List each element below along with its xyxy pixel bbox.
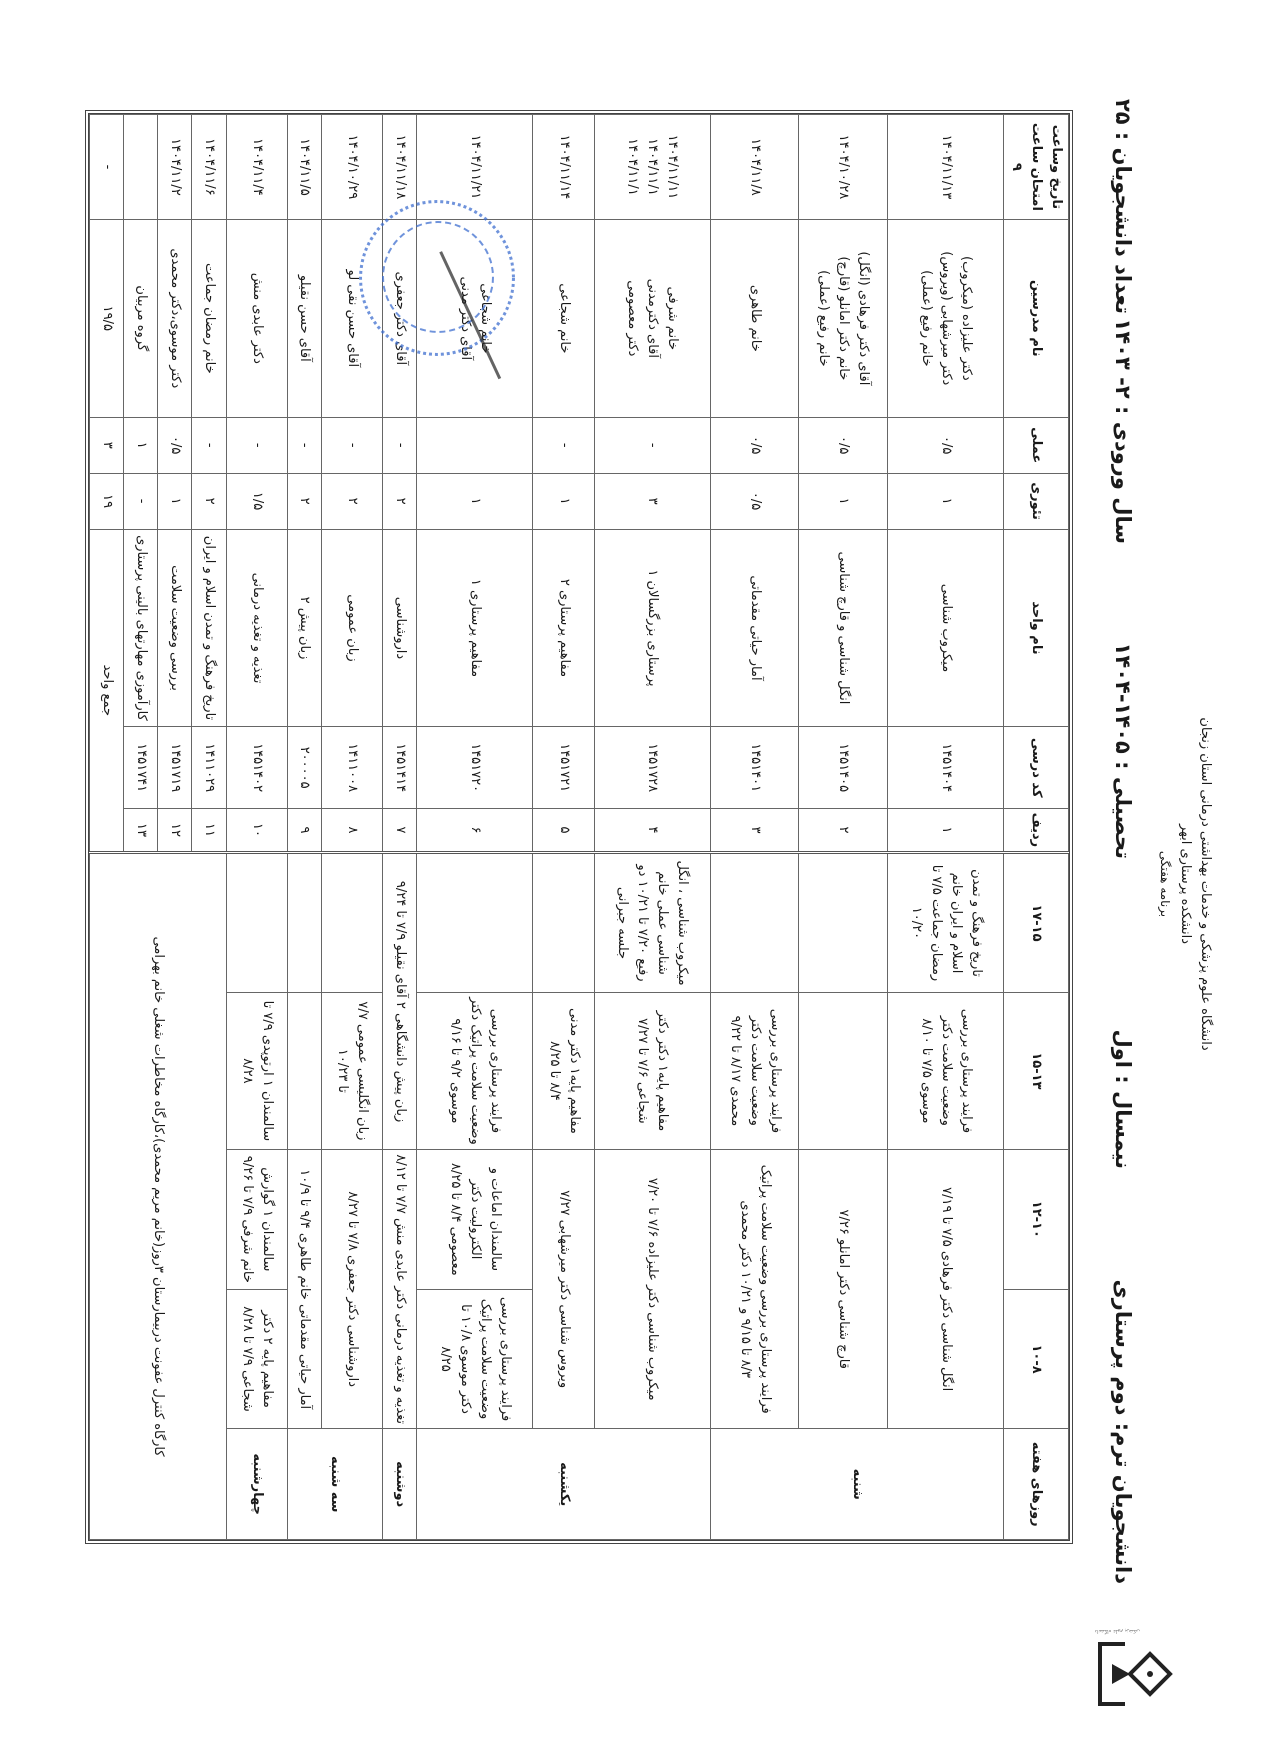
row-number: ۱۳ <box>124 808 158 852</box>
teacher-name: دکتر موسوی،دکتر محمدی <box>165 224 185 413</box>
exam-date: ۱۴۰۴/۱۱/۶ <box>192 115 226 220</box>
course-code: ۱۴۱۱۰۲۹ <box>192 727 226 808</box>
class-slot: فرایند پرستاری بررسی وضعیت سلامت پراتیک … <box>710 1150 799 1429</box>
exam-date: ۱۴۰۴/۱۰/۲۸ <box>799 115 888 220</box>
course-code: ۱۴۵۱۴۰۲ <box>226 727 287 808</box>
student-count: تعداد دانشجویان : ۲۵ <box>1111 99 1135 314</box>
total-exam: - <box>90 115 124 220</box>
class-slot: انگل شناسی دکتر فرهادی ۷/۵ تا ۷/۱۹ <box>888 1150 1004 1429</box>
teacher-header: نام مدرسین <box>1004 219 1069 417</box>
theory-units: ۲ <box>287 473 321 529</box>
course-code: ۱۴۵۱۴۰۱ <box>710 727 799 808</box>
course-code: ۱۴۵۱۴۰۴ <box>888 727 1004 808</box>
row-number: ۸ <box>321 808 382 852</box>
course-name: آمار حیاتی مقدماتی <box>710 529 799 727</box>
table-row: آمار حیاتی مقدماتی خانم طاهری ۹/۴ تا ۱۰/… <box>287 115 321 1540</box>
row-number: ۱۰ <box>226 808 287 852</box>
teacher-names: دکتر موسوی،دکتر محمدی <box>158 219 192 417</box>
practical-units <box>417 417 533 473</box>
teacher-name: دکتر معصومی <box>622 224 642 413</box>
teacher-name: آقای دکتر فرهادی (انگل) <box>853 224 873 413</box>
class-slot: فرایند پرستاری بررسی وضعیت سلامت پراتیک … <box>417 1289 533 1429</box>
row-number: ۶ <box>417 808 533 852</box>
practical-units: ۰/۵ <box>710 417 799 473</box>
practical-units: - <box>533 417 594 473</box>
class-slot: سالمندان ۱ ارتوپدی ۷/۹ تا ۸/۲۸ <box>226 992 287 1149</box>
slot-header-13-15: ۱۵-۱۳ <box>1004 992 1069 1149</box>
class-slot <box>799 992 888 1149</box>
class-slot <box>287 992 321 1149</box>
teacher-names: دکتر علیزاده (میکروب)دکتر میرشهابی (ویرو… <box>888 219 1004 417</box>
teacher-name: خانم رمضان جماعت <box>199 224 219 413</box>
teacher-names: خانم شرفیآقای دکترمدنیدکتر معصومی <box>594 219 710 417</box>
course-code: ۱۴۵۱۷۲۰ <box>417 727 533 808</box>
weekday-cell: شنبه <box>710 1429 1003 1540</box>
theory-units: ۲ <box>383 473 417 529</box>
practical-units: ۱ <box>124 417 158 473</box>
weekday-header: روزهای هفته <box>1004 1429 1069 1540</box>
row-number: ۱ <box>888 808 1004 852</box>
teacher-name: دکتر علیزاده (میکروب) <box>956 224 976 413</box>
class-slot <box>417 853 533 993</box>
class-slot: سالمندان اماعات و الکترولیت دکتر معصومی … <box>417 1150 533 1290</box>
logo-caption: دانشگاه علوم پزشکی <box>1095 1604 1175 1634</box>
teacher-name: خانم رفیع (عملی) <box>916 224 936 413</box>
workshop-note: کارگاه کنترل عفونت دربیمارستان ۳روز(خانم… <box>90 853 227 1540</box>
exam-date: ۱۴۰۴/۱۱/۸ <box>710 115 799 220</box>
class-slot: فرایند پرستاری بررسی وضعیت سلامت پراتیک … <box>417 992 533 1149</box>
class-slot: آمار حیاتی مقدماتی خانم طاهری ۹/۴ تا ۱۰/… <box>287 1150 321 1429</box>
exam-date-header: تاریخ وساعت امتحان ساعت ۹ <box>1004 115 1069 220</box>
table-row: شنبهانگل شناسی دکتر فرهادی ۷/۵ تا ۷/۱۹فر… <box>888 115 1004 1540</box>
teacher-name: خانم رفیع (عملی) <box>813 224 833 413</box>
slot-header-8-10: ۱۰-۸ <box>1004 1289 1069 1429</box>
table-row: سه شنبهداروشناسی دکتر جعفری ۷/۸ تا ۸/۲۷ز… <box>321 115 382 1540</box>
class-slot <box>226 853 287 993</box>
theory-units: - <box>124 473 158 529</box>
course-name: میکروب شناسی <box>888 529 1004 727</box>
teacher-name: گروه مربیان <box>131 224 151 413</box>
theory-units: ۱ <box>158 473 192 529</box>
term-title: دانشجویان ترم: دوم پرستاری <box>1111 1279 1135 1584</box>
weekday-cell: سه شنبه <box>287 1429 382 1540</box>
teacher-names: خانم طاهری <box>710 219 799 417</box>
teacher-name: خانم طاهری <box>745 224 765 413</box>
class-slot: مفاهیم پایه۱ دکتر دکتر شجاعی ۷/۶ تا ۷/۲۷ <box>594 992 710 1149</box>
course-name: زبان عمومی <box>321 529 382 727</box>
weekday-cell: یکشنبه <box>417 1429 710 1540</box>
faculty-name: دانشکده پرستاری ابهر <box>1175 664 1195 1104</box>
course-code: ۱۴۵۱۷۲۸ <box>594 727 710 808</box>
theory-units: ۱ <box>888 473 1004 529</box>
schedule-page: دانشگاه علوم پزشکی دانشگاه علوم پزشکی و … <box>0 0 1275 1754</box>
university-logo-icon <box>1090 1634 1180 1714</box>
course-name: کارآموزی مهارتهای بالینی پرستاری <box>124 529 158 727</box>
weekday-cell: چهارشنبه <box>226 1429 287 1540</box>
course-code: ۱۴۱۱۰۰۸ <box>321 727 382 808</box>
theory-units: ۱ <box>799 473 888 529</box>
class-slot: تاریخ فرهنگ و تمدن اسلام و ایران خانم رم… <box>888 853 1004 993</box>
course-code: ۱۴۵۱۷۱۹ <box>158 727 192 808</box>
teacher-name: آقای حسن نقیلو <box>294 224 314 413</box>
course-code: ۱۴۵۱۴۱۴ <box>383 727 417 808</box>
slot-header-10-12: ۱۲-۱۰ <box>1004 1150 1069 1290</box>
course-name: مفاهیم پرستاری ۲ <box>533 529 594 727</box>
row-number-header: ردیف <box>1004 808 1069 852</box>
teacher-name: آقای حسن نقی لو <box>342 224 362 413</box>
class-slot <box>321 853 382 993</box>
exam-date: ۱۴۰۴/۱۱/۱۳ <box>888 115 1004 220</box>
exam-date: ۱۴۰۴/۱۱/۱۴ <box>533 115 594 220</box>
practical-units: - <box>192 417 226 473</box>
table-row: کارگاه کنترل عفونت دربیمارستان ۳روز(خانم… <box>192 115 226 1540</box>
course-name: داروشناسی <box>383 529 417 727</box>
teacher-name: دکتر میرشهابی (ویروس) <box>936 224 956 413</box>
institution-name: دانشگاه علوم پزشکی و خدمات بهداشتی درمان… <box>1195 664 1215 1104</box>
teacher-names: آقای دکتر فرهادی (انگل)خانم دکتر امانلو … <box>799 219 888 417</box>
theory-units: ۱/۵ <box>226 473 287 529</box>
teacher-name: آقای دکترمدنی <box>642 224 662 413</box>
course-name: تغذیه و تغذیه درمانی <box>226 529 287 727</box>
row-number: ۹ <box>287 808 321 852</box>
table-row: یکشنبهمیکروب شناسی دکتر علیزاده ۷/۶ تا ۷… <box>594 115 710 1540</box>
page-header: دانشگاه علوم پزشکی دانشگاه علوم پزشکی و … <box>1070 0 1275 1754</box>
class-slot: قارچ شناسی دکتر امانلو ۷/۲۶ <box>799 1150 888 1429</box>
table-row: ویروس شناسی دکتر میرشهابی ۷/۲۷مفاهیم پای… <box>533 115 594 1540</box>
total-label: جمع واحد <box>90 529 124 853</box>
table-row: فرایند پرستاری بررسی وضعیت سلامت پراتیک … <box>710 115 799 1540</box>
course-code: ۲۰۰۰۰۵ <box>287 727 321 808</box>
course-name: مفاهیم پرستاری ۱ <box>417 529 533 727</box>
teacher-names: گروه مربیان <box>124 219 158 417</box>
class-slot <box>287 853 321 993</box>
course-code: ۱۴۵۱۴۰۵ <box>799 727 888 808</box>
row-number: ۵ <box>533 808 594 852</box>
theory-units: ۱ <box>417 473 533 529</box>
course-name: انگل شناسی و قارچ شناسی <box>799 529 888 727</box>
row-number: ۷ <box>383 808 417 852</box>
theory-units: ۰/۵ <box>710 473 799 529</box>
teacher-name: خانم دکتر امانلو (قارچ) <box>833 224 853 413</box>
total-units: ۱۹/۵ <box>90 219 124 417</box>
entry-year: سال ورودی : ۲- ۱۴۰۳ <box>1111 319 1135 544</box>
theory-units-header: تئوری <box>1004 473 1069 529</box>
course-name: تاریخ فرهنگ و تمدن اسلام و ایران <box>192 529 226 727</box>
class-slot: میکروب شناسی دکتر علیزاده ۷/۶ تا ۷/۲۰ <box>594 1150 710 1429</box>
total-theory: ۱۹ <box>90 473 124 529</box>
theory-units: ۲ <box>192 473 226 529</box>
course-code-header: کد درسی <box>1004 727 1069 808</box>
teacher-names: دکتر عابدی منش <box>226 219 287 417</box>
class-slot: ویروس شناسی دکتر میرشهابی ۷/۲۷ <box>533 1150 594 1429</box>
practical-units: - <box>594 417 710 473</box>
course-name: زبان پیش ۲ <box>287 529 321 727</box>
practical-units-header: عملی <box>1004 417 1069 473</box>
schedule-table: روزهای هفته ۱۰-۸ ۱۲-۱۰ ۱۵-۱۳ ۱۷-۱۵ ردیف … <box>89 114 1069 1540</box>
theory-units: ۱ <box>533 473 594 529</box>
class-slot: سالمندان ۱ گوارش خانم شرفی ۷/۹ تا ۹/۲۶ <box>226 1150 287 1290</box>
course-code: ۱۴۵۱۷۲۱ <box>533 727 594 808</box>
row-number: ۱۱ <box>192 808 226 852</box>
total-practical: ۳ <box>90 417 124 473</box>
program-title: برنامه هفتگی <box>1155 664 1175 1104</box>
class-slot: زبان انگلیسی عمومی ۷/۷ تا ۱۰/۲۳ <box>321 992 382 1149</box>
table-row: چهارشنبهمفاهیم پایه ۲ دکتر شجاعی ۷/۹ تا … <box>226 115 287 1540</box>
academic-year: تحصیلی : ۱۴۰۵-۱۴۰۴ <box>1111 643 1135 859</box>
teacher-name: خانم شجاعی <box>554 224 574 413</box>
teacher-name: دکتر عابدی منش <box>247 224 267 413</box>
class-slot: مفاهیم پایه ۲ دکتر شجاعی ۷/۹ تا ۸/۲۸ <box>226 1289 287 1429</box>
practical-units: - <box>321 417 382 473</box>
class-slot: میکروب شناسی ، انگل شناسی عملی خانم رفیع… <box>594 853 710 993</box>
teacher-names: خانم شجاعی <box>533 219 594 417</box>
row-number: ۱۲ <box>158 808 192 852</box>
class-slot: مفاهیم پایه۱ دکتر مدنی ۸/۴ تا ۸/۲۵ <box>533 992 594 1149</box>
class-slot <box>710 853 799 993</box>
exam-date: ۱۴۰۴/۱۱/۲ <box>158 115 192 220</box>
slot-header-15-17: ۱۷-۱۵ <box>1004 853 1069 993</box>
teacher-names: آقای حسن نقیلو <box>287 219 321 417</box>
practical-units: ۰/۵ <box>888 417 1004 473</box>
exam-date: ۱۴۰۴/۱۱/۱۱ ۱۴۰۴/۱۱/۱ ۱۴۰۴/۱۱/۱ <box>594 115 710 220</box>
practical-units: ۰/۵ <box>158 417 192 473</box>
course-name: پرستاری بزرگسالان ۱ <box>594 529 710 727</box>
class-slot: فرایند پرستاری بررسی وضعیت سلامت دکتر مح… <box>710 992 799 1149</box>
row-number: ۲ <box>799 808 888 852</box>
class-slot: فرایند پرستاری بررسی وضعیت سلامت دکتر مو… <box>888 992 1004 1149</box>
table-row: قارچ شناسی دکتر امانلو ۷/۲۶۲۱۴۵۱۴۰۵انگل … <box>799 115 888 1540</box>
row-number: ۳ <box>710 808 799 852</box>
semester: نیمسال : اول <box>1111 1029 1135 1169</box>
class-slot <box>533 853 594 993</box>
exam-date: ۱۴۰۴/۱۰/۲۹ <box>321 115 382 220</box>
practical-units: - <box>287 417 321 473</box>
exam-date <box>124 115 158 220</box>
exam-date: ۱۴۰۴/۱۱/۵ <box>287 115 321 220</box>
exam-date: ۱۴۰۴/۱۱/۴ <box>226 115 287 220</box>
class-slot: داروشناسی دکتر جعفری ۷/۸ تا ۸/۲۷ <box>321 1150 382 1429</box>
main-table-frame: روزهای هفته ۱۰-۸ ۱۲-۱۰ ۱۵-۱۳ ۱۷-۱۵ ردیف … <box>85 110 1073 1544</box>
theory-units: ۳ <box>594 473 710 529</box>
weekday-cell: دوشنبه <box>383 1429 417 1540</box>
practical-units: - <box>226 417 287 473</box>
practical-units: ۰/۵ <box>799 417 888 473</box>
practical-units: - <box>383 417 417 473</box>
course-name: بررسی وضعیت سلامت <box>158 529 192 727</box>
class-slot <box>799 853 888 993</box>
course-name-header: نام واحد <box>1004 529 1069 727</box>
teacher-names: خانم رمضان جماعت <box>192 219 226 417</box>
class-slot: تغذیه و تغذیه درمانی دکتر عابدی منش ۷/۷ … <box>383 1150 417 1429</box>
class-slot: زبان پیش دانشگاهی ۲ آقای نقیلو ۷/۹ تا ۹/… <box>383 853 417 1150</box>
row-number: ۴ <box>594 808 710 852</box>
teacher-name: خانم شرفی <box>662 224 682 413</box>
theory-units: ۲ <box>321 473 382 529</box>
course-code: ۱۴۵۱۷۴۱ <box>124 727 158 808</box>
